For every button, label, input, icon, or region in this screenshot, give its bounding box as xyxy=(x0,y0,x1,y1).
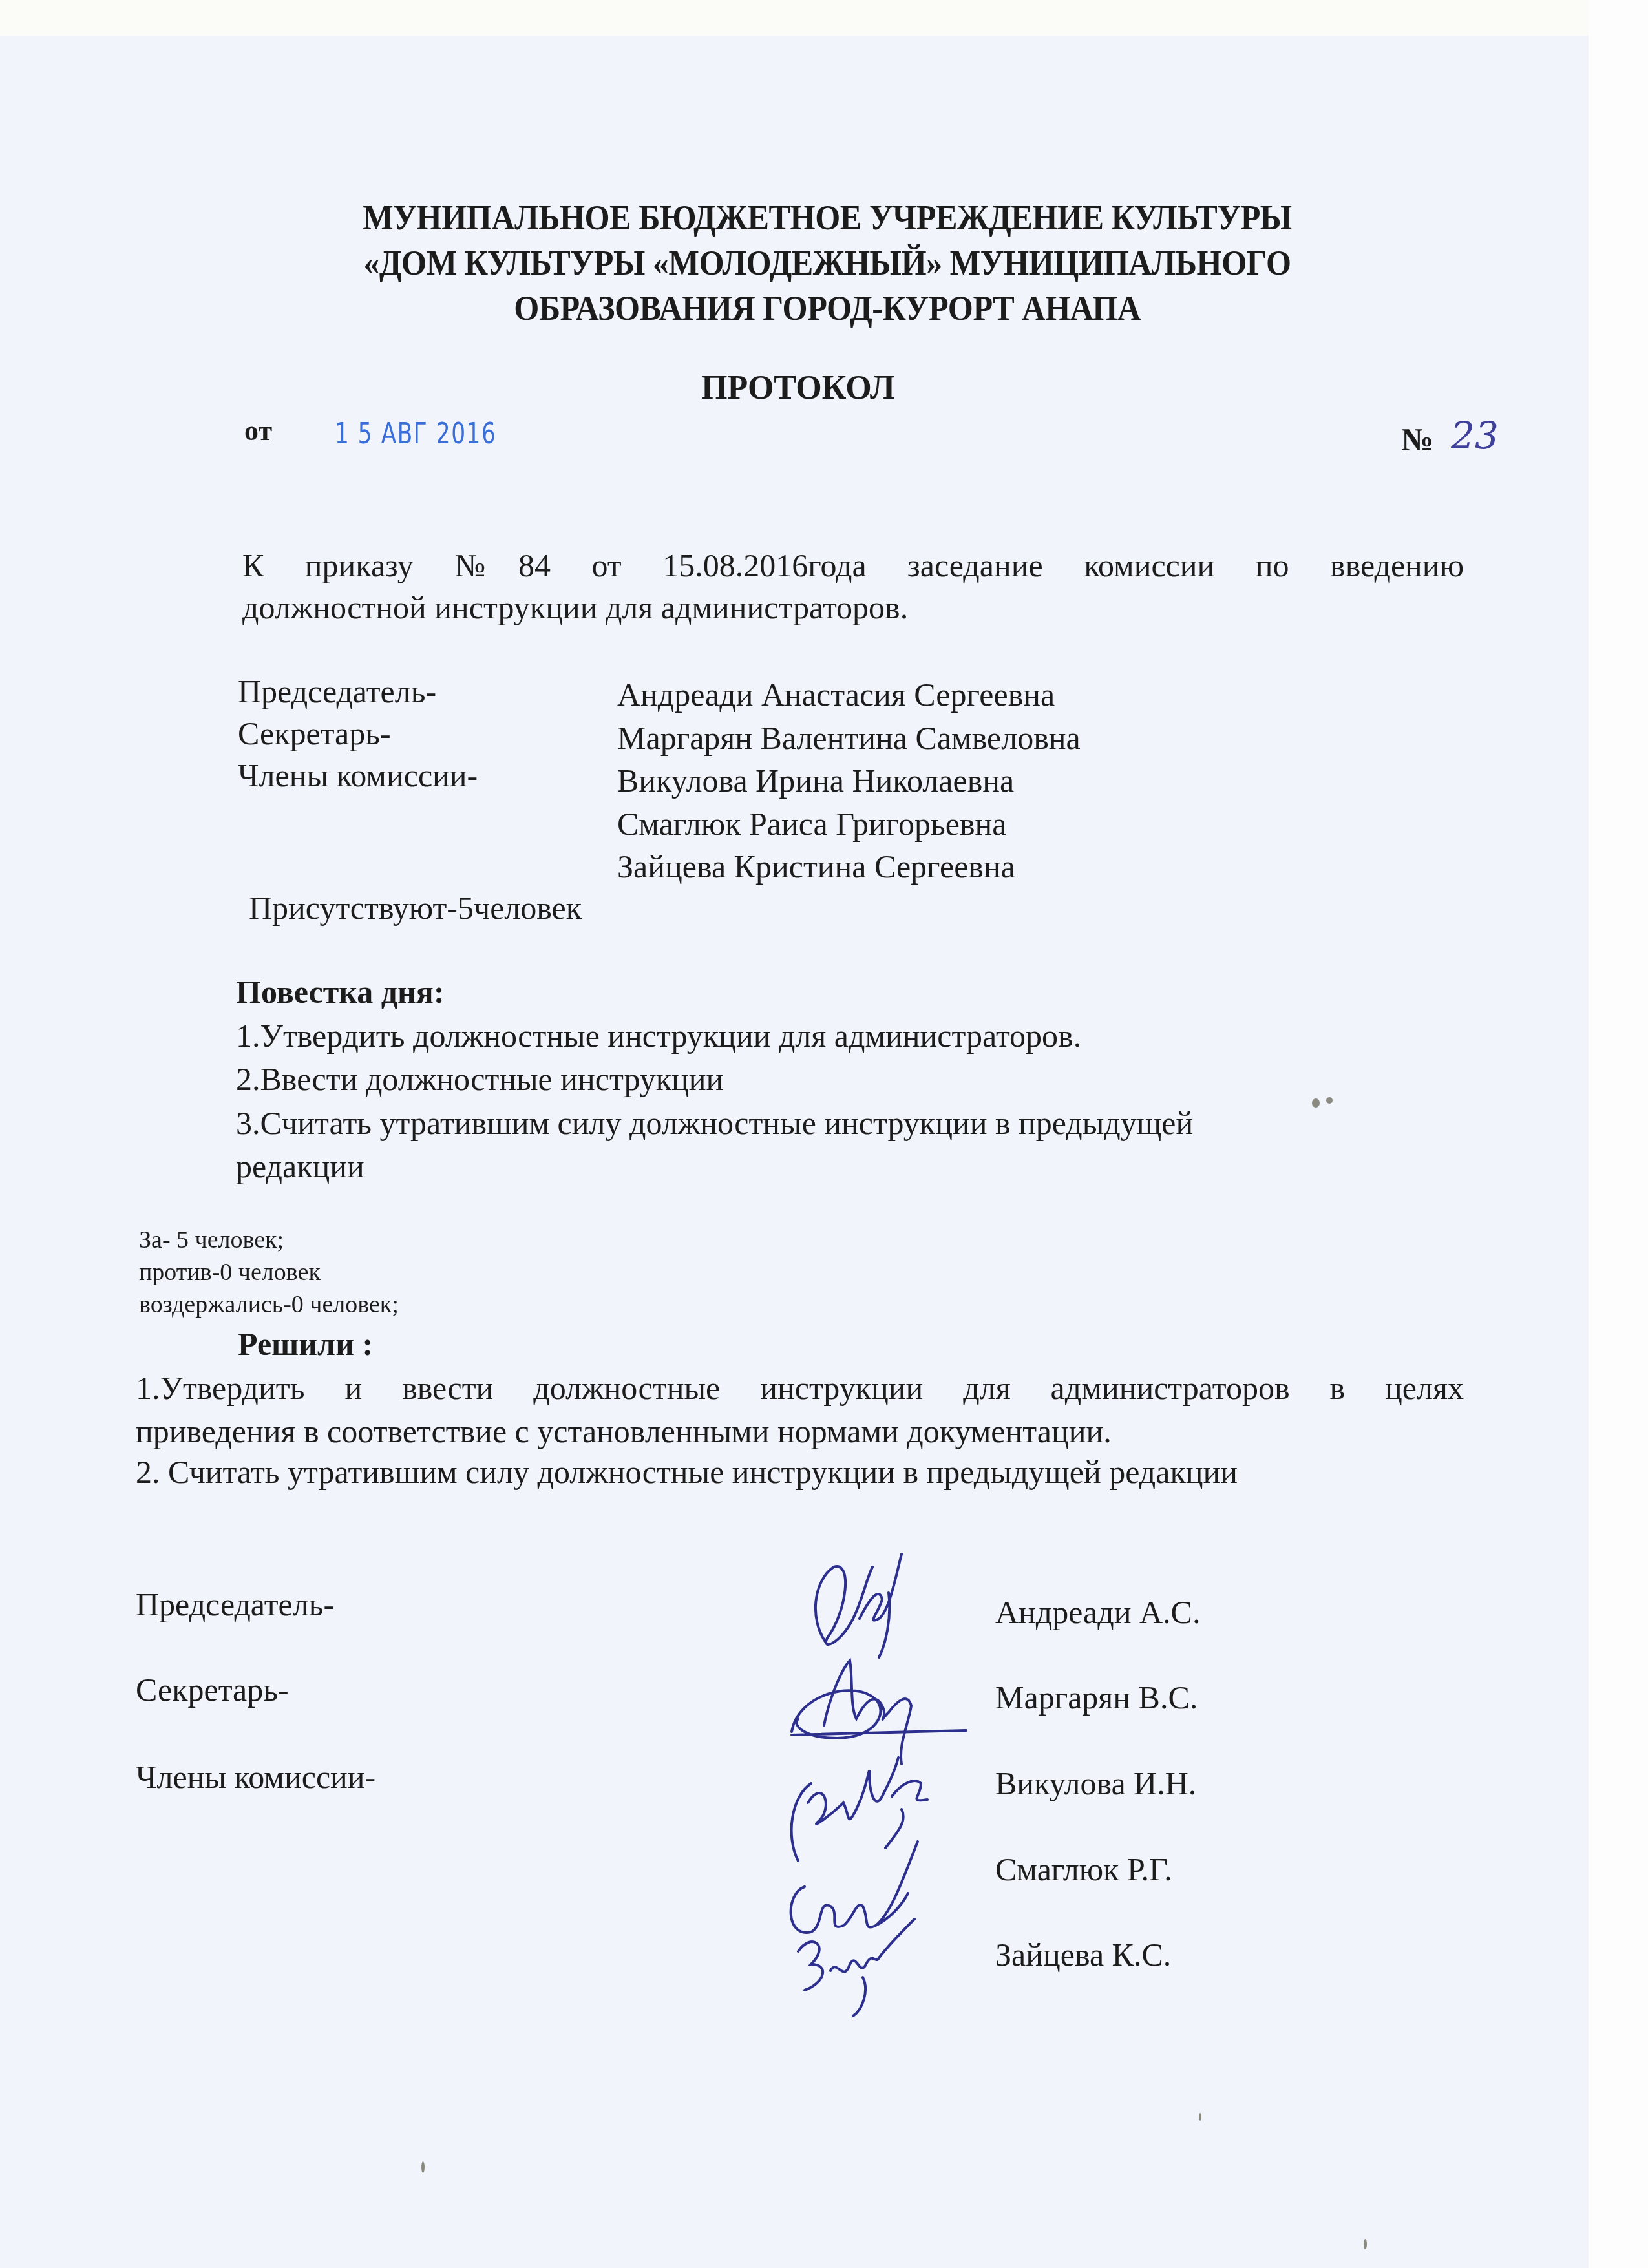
decision-item-2: 2. Считать утратившим силу должностные и… xyxy=(136,1456,1238,1488)
intro-line-2: должностной инструкции для администратор… xyxy=(242,591,908,624)
scanner-margin xyxy=(1589,0,1648,2268)
member-name: Андреади Анастасия Сергеевна xyxy=(617,678,1055,711)
signature-role-members: Члены комиссии- xyxy=(136,1761,375,1793)
vote-against: против-0 человек xyxy=(139,1260,321,1285)
intro-line-1: К приказу №84 от 15.08.2016года заседани… xyxy=(242,549,1464,582)
member-name: Смаглюк Раиса Григорьевна xyxy=(617,808,1007,840)
signature-role-secretary: Секретарь- xyxy=(136,1674,289,1706)
decision-item-1: 1.Утвердить и ввести должностные инструк… xyxy=(136,1372,1464,1404)
decision-heading: Решили : xyxy=(238,1328,373,1360)
scan-speck xyxy=(1199,2113,1201,2121)
attendance-count: Присутствуют-5человек xyxy=(249,892,582,924)
member-name: Викулова Ирина Николаевна xyxy=(617,764,1014,797)
role-members: Члены комиссии- xyxy=(238,759,478,792)
scan-speck xyxy=(421,2161,425,2173)
scan-speck xyxy=(1326,1097,1333,1104)
vote-for: За- 5 человек; xyxy=(139,1228,284,1252)
agenda-item-3: 3.Считать утратившим силу должностные ин… xyxy=(236,1107,1193,1139)
signatory-name: Зайцева К.С. xyxy=(995,1938,1171,1971)
decision-item-1-cont: приведения в соответствие с установленны… xyxy=(136,1415,1112,1447)
date-prefix: от xyxy=(244,417,272,445)
signature-role-chair: Председатель- xyxy=(136,1588,334,1621)
vote-abstained: воздержались-0 человек; xyxy=(139,1292,399,1317)
scan-speck xyxy=(1364,2239,1367,2249)
signatory-name: Андреади А.С. xyxy=(995,1596,1200,1628)
protocol-number: 23 xyxy=(1451,417,1499,454)
scan-speck xyxy=(1312,1098,1320,1108)
number-prefix: № xyxy=(1401,423,1433,456)
org-header-line-3: ОБРАЗОВАНИЯ ГОРОД-КУРОРТ АНАПА xyxy=(299,291,1357,326)
signatory-name: Викулова И.Н. xyxy=(995,1767,1196,1800)
agenda-item-1: 1.Утвердить должностные инструкции для а… xyxy=(236,1020,1081,1052)
agenda-item-2: 2.Ввести должностные инструкции xyxy=(236,1063,723,1095)
role-chair: Председатель- xyxy=(238,675,436,708)
date-stamp: 1 5 АВГ 2016 xyxy=(335,420,496,448)
member-name: Маргарян Валентина Самвеловна xyxy=(617,722,1081,754)
agenda-item-3-cont: редакции xyxy=(236,1150,364,1182)
role-secretary: Секретарь- xyxy=(238,717,391,750)
member-name: Зайцева Кристина Сергеевна xyxy=(617,850,1015,883)
signatory-name: Смаглюк Р.Г. xyxy=(995,1853,1172,1885)
org-header-line-1: МУНИПАЛЬНОЕ БЮДЖЕТНОЕ УЧРЕЖДЕНИЕ КУЛЬТУР… xyxy=(299,200,1357,235)
agenda-heading: Повестка дня: xyxy=(236,976,445,1008)
org-header-line-2: «ДОМ КУЛЬТУРЫ «МОЛОДЕЖНЫЙ» МУНИЦИПАЛЬНОГ… xyxy=(299,246,1357,280)
signatory-name: Маргарян В.С. xyxy=(995,1681,1198,1714)
document-title: ПРОТОКОЛ xyxy=(701,372,895,405)
